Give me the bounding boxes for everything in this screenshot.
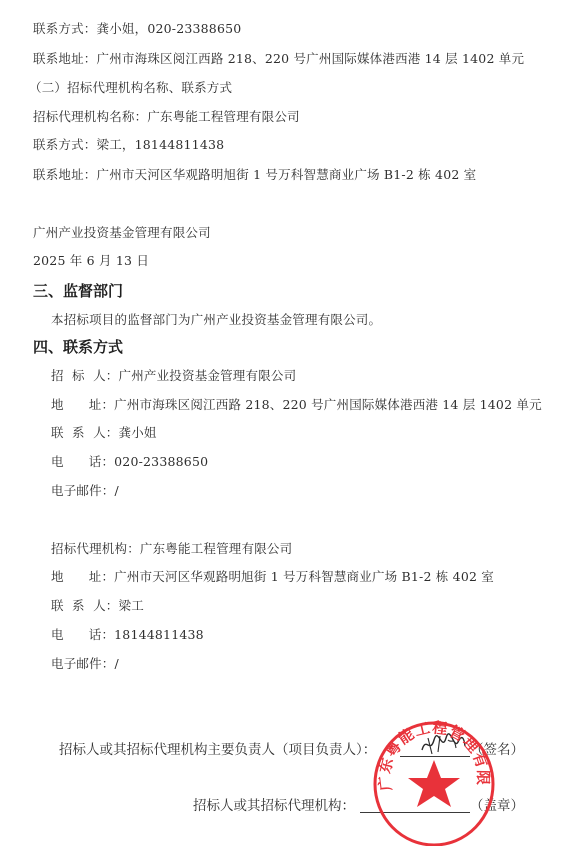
value: 18144811438 xyxy=(114,627,204,642)
agency-address-line: 联系地址：广州市天河区华观路明旭街 1 号万科智慧商业广场 B1-2 栋 402… xyxy=(33,167,476,183)
label: 联 系 人： xyxy=(51,425,119,440)
value: / xyxy=(115,483,119,498)
section4-heading: 四、联系方式 xyxy=(33,338,123,356)
label: 招标代理机构名称： xyxy=(33,109,147,124)
agency-name-line-2: 招标代理机构：广东粤能工程管理有限公司 xyxy=(51,541,292,557)
label: 电 话： xyxy=(51,627,114,642)
agency-contact-person-line: 联 系 人：梁工 xyxy=(51,598,144,614)
label: 电子邮件： xyxy=(51,656,115,671)
section3-heading: 三、监督部门 xyxy=(33,282,123,300)
label: 联 系 人： xyxy=(51,598,119,613)
value: 梁工 xyxy=(119,598,144,613)
tenderer-name-line: 招 标 人：广州产业投资基金管理有限公司 xyxy=(51,368,296,384)
section3-body: 本招标项目的监督部门为广州产业投资基金管理有限公司。 xyxy=(51,312,381,328)
tenderer-address-line-2: 地 址：广州市海珠区阅江西路 218、220 号广州国际媒体港西港 14 层 1… xyxy=(51,397,542,413)
label: 联系方式： xyxy=(33,21,97,36)
value: 广东粤能工程管理有限公司 xyxy=(140,541,292,556)
label: 招标代理机构： xyxy=(51,541,140,556)
value: 广州市天河区华观路明旭街 1 号万科智慧商业广场 B1-2 栋 402 室 xyxy=(114,569,494,584)
value: 广州产业投资基金管理有限公司 xyxy=(119,368,297,383)
org-seal-label: 招标人或其招标代理机构： xyxy=(193,797,355,815)
star-icon xyxy=(408,760,460,807)
agency-subheading: （二）招标代理机构名称、联系方式 xyxy=(29,80,232,96)
tenderer-email-line: 电子邮件：/ xyxy=(51,483,119,499)
responsible-signature-label: 招标人或其招标代理机构主要负责人（项目负责人）： xyxy=(59,741,376,759)
value: 广州市海珠区阅江西路 218、220 号广州国际媒体港西港 14 层 1402 … xyxy=(114,397,542,412)
value: 龚小姐 xyxy=(119,425,157,440)
value: 广州市海珠区阅江西路 218、220 号广州国际媒体港西港 14 层 1402 … xyxy=(97,51,525,66)
issuer-date: 2025 年 6 月 13 日 xyxy=(33,253,149,269)
agency-address-line-2: 地 址：广州市天河区华观路明旭街 1 号万科智慧商业广场 B1-2 栋 402 … xyxy=(51,569,494,585)
value: 广州市天河区华观路明旭街 1 号万科智慧商业广场 B1-2 栋 402 室 xyxy=(97,167,477,182)
value: 龚小姐，020-23388650 xyxy=(97,21,242,36)
tenderer-contact-person-line: 联 系 人：龚小姐 xyxy=(51,425,157,441)
label: 电子邮件： xyxy=(51,483,115,498)
label: 招 标 人： xyxy=(51,368,119,383)
tenderer-phone-line: 电 话：020-23388650 xyxy=(51,454,208,470)
company-seal-stamp: 广东粤能工程管理有限公司 xyxy=(372,718,496,846)
label: 联系方式： xyxy=(33,137,97,152)
tenderer-contact-line: 联系方式：龚小姐，020-23388650 xyxy=(33,21,241,37)
label: 地 址： xyxy=(51,569,114,584)
agency-name-line: 招标代理机构名称：广东粤能工程管理有限公司 xyxy=(33,109,300,125)
agency-phone-line: 电 话：18144811438 xyxy=(51,627,204,643)
value: 梁工，18144811438 xyxy=(97,137,225,152)
tenderer-address-line: 联系地址：广州市海珠区阅江西路 218、220 号广州国际媒体港西港 14 层 … xyxy=(33,51,524,67)
agency-contact-line: 联系方式：梁工，18144811438 xyxy=(33,137,224,153)
label: 联系地址： xyxy=(33,167,97,182)
agency-email-line: 电子邮件：/ xyxy=(51,656,119,672)
label: 地 址： xyxy=(51,397,114,412)
value: 广东粤能工程管理有限公司 xyxy=(147,109,299,124)
value: / xyxy=(115,656,119,671)
issuer-company: 广州产业投资基金管理有限公司 xyxy=(33,225,211,241)
label: 联系地址： xyxy=(33,51,97,66)
value: 020-23388650 xyxy=(114,454,208,469)
label: 电 话： xyxy=(51,454,114,469)
